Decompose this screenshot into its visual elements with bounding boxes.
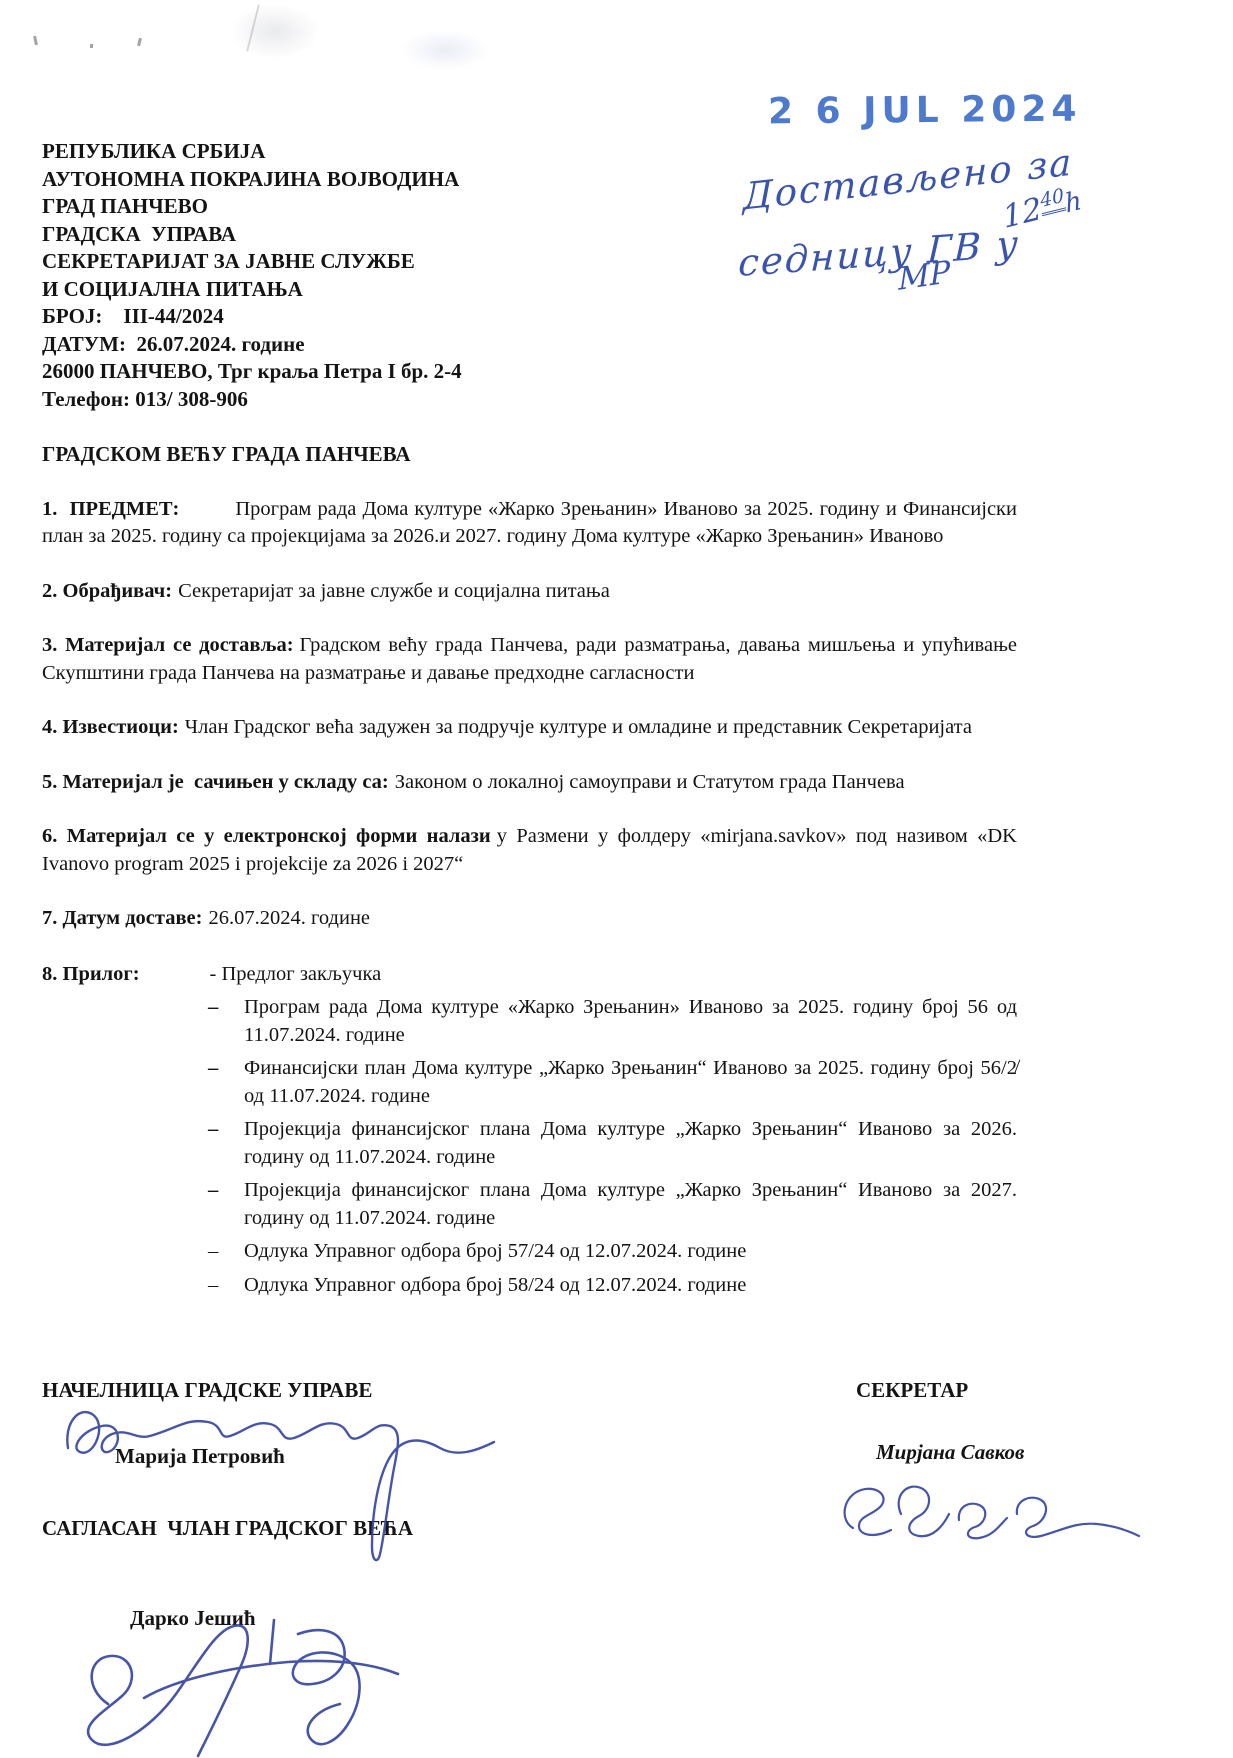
dash-marker: – bbox=[208, 1055, 244, 1110]
document-body: РЕПУБЛИКА СРБИЈА АУТОНОМНА ПОКРАЈИНА ВОЈ… bbox=[42, 138, 1017, 1299]
dash-marker: – bbox=[208, 1272, 244, 1300]
section-label: 6. Материјал се у електронској форми нал… bbox=[42, 825, 497, 847]
section-label: 8. Прилог: bbox=[42, 963, 146, 985]
right-signer-name: Мирјана Савков bbox=[876, 1440, 1024, 1465]
scan-smudge bbox=[230, 4, 320, 59]
attachment-item: – Финансијски план Дома културе „Жарко З… bbox=[42, 1055, 1017, 1110]
letterhead-line: АУТОНОМНА ПОКРАЈИНА ВОЈВОДИНА bbox=[42, 166, 1017, 194]
addressee-title: ГРАДСКОМ ВЕЋУ ГРАДА ПАНЧЕВА bbox=[42, 441, 1017, 469]
section-datum-dostave: 7. Датум доставе:26.07.2024. године bbox=[42, 905, 1017, 933]
letterhead-line: РЕПУБЛИКА СРБИЈА bbox=[42, 138, 1017, 166]
section-izvestioci: 4. Известиоци:Члан Градског већа задужен… bbox=[42, 714, 1017, 742]
petrovic-signature bbox=[58, 1396, 498, 1566]
section-elektronska-forma: 6. Материјал се у електронској форми нал… bbox=[42, 823, 1017, 878]
section-label: 5. Материјал је сачињен у складу са: bbox=[42, 771, 395, 793]
section-materijal-dostavlja: 3. Материјал се доставља:Градском већу г… bbox=[42, 632, 1017, 687]
jesic-signature bbox=[48, 1618, 418, 1758]
letterhead-line: ГРАД ПАНЧЕВО bbox=[42, 193, 1017, 221]
right-signer-title: СЕКРЕТАР bbox=[856, 1378, 968, 1403]
letterhead-line: И СОЦИЈАЛНА ПИТАЊА bbox=[42, 276, 1017, 304]
savkov-signature bbox=[835, 1480, 1145, 1550]
section-text: 26.07.2024. године bbox=[208, 907, 370, 929]
scan-speck bbox=[33, 36, 38, 45]
letterhead-phone-line: Телефон: 013/ 308-906 bbox=[42, 386, 1017, 414]
attachment-item: – Пројекција финансијског плана Дома кул… bbox=[42, 1116, 1017, 1171]
dash-marker: – bbox=[208, 994, 244, 1049]
dash-marker: – bbox=[208, 1177, 244, 1232]
section-text: Законом о локалној самоуправи и Статутом… bbox=[395, 771, 905, 793]
scan-speck bbox=[90, 44, 93, 48]
section-sacinjen-u-skladu: 5. Материјал је сачињен у складу са:Зако… bbox=[42, 769, 1017, 797]
section-predmet: 1. ПРЕДМЕТ:Програм рада Дома културе «Жа… bbox=[42, 496, 1017, 551]
letterhead-date-line: ДАТУМ: 26.07.2024. године bbox=[42, 331, 1017, 359]
attachment-item: – Пројекција финансијског плана Дома кул… bbox=[42, 1177, 1017, 1232]
letterhead: РЕПУБЛИКА СРБИЈА АУТОНОМНА ПОКРАЈИНА ВОЈ… bbox=[42, 138, 1017, 413]
section-label: 1. ПРЕДМЕТ: bbox=[42, 498, 235, 520]
letterhead-line: СЕКРЕТАРИЈАТ ЗА ЈАВНЕ СЛУЖБЕ bbox=[42, 248, 1017, 276]
section-label: 4. Известиоци: bbox=[42, 716, 185, 738]
attachment-item: – Одлука Управног одбора број 58/24 од 1… bbox=[42, 1272, 1017, 1300]
date-stamp: 2 6 JUL 2024 bbox=[768, 89, 1082, 133]
attachment-first-item: - Предлог закључка bbox=[210, 963, 382, 985]
section-text: Члан Градског већа задужен за подручје к… bbox=[185, 716, 972, 738]
section-obradjivac: 2. Обрађивач:Секретаријат за јавне служб… bbox=[42, 578, 1017, 606]
scan-speck bbox=[137, 38, 142, 46]
dash-marker: – bbox=[208, 1238, 244, 1266]
section-text: Секретаријат за јавне службе и социјална… bbox=[178, 580, 610, 602]
scan-smudge bbox=[400, 30, 490, 70]
dash-marker: – bbox=[208, 1116, 244, 1171]
letterhead-number-line: БРОЈ: III-44/2024 bbox=[42, 303, 1017, 331]
letterhead-address-line: 26000 ПАНЧЕВО, Трг краља Петра I бр. 2-4 bbox=[42, 358, 1017, 386]
section-label: 2. Обрађивач: bbox=[42, 580, 178, 602]
section-prilog: 8. Прилог:- Предлог закључка bbox=[42, 961, 1017, 989]
letterhead-line: ГРАДСКА УПРАВА bbox=[42, 221, 1017, 249]
attachment-item: – Програм рада Дома културе «Жарко Зрења… bbox=[42, 994, 1017, 1049]
section-label: 7. Датум доставе: bbox=[42, 907, 208, 929]
attachment-item: – Одлука Управног одбора број 57/24 од 1… bbox=[42, 1238, 1017, 1266]
scanned-document-page: 2 6 JUL 2024 Достављено за седницу ГВ у … bbox=[0, 0, 1233, 1758]
section-label: 3. Материјал се доставља: bbox=[42, 634, 300, 656]
